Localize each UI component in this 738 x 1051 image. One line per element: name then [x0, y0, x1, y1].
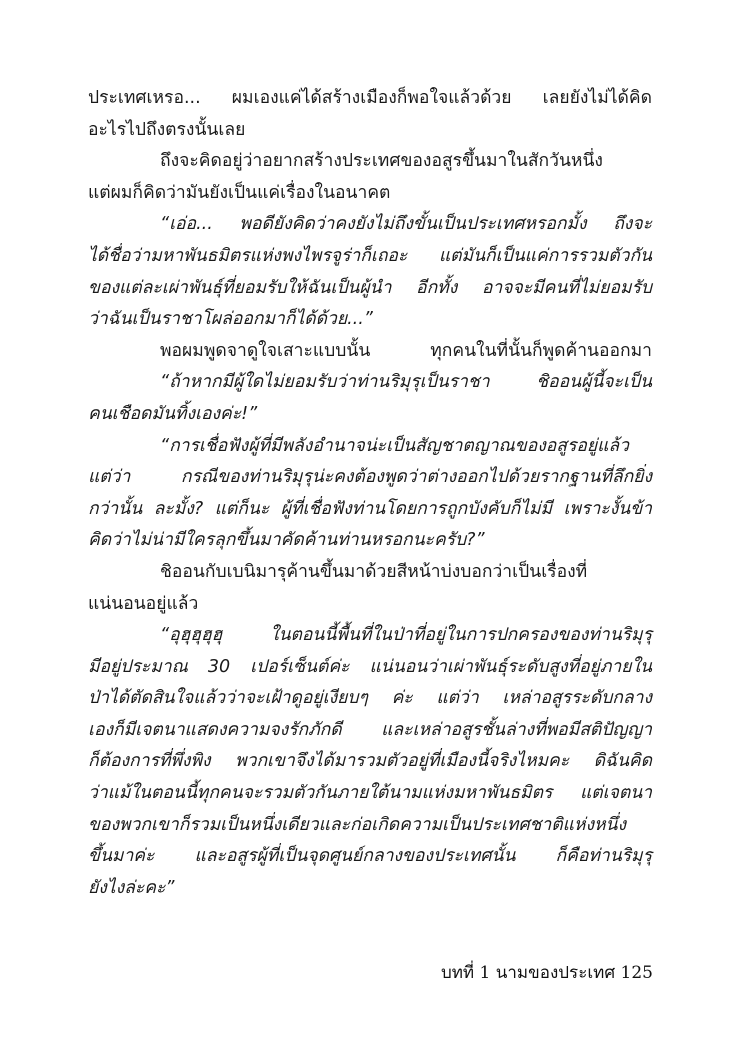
text-line: “ถ้าหากมีผู้ใดไม่ยอมรับว่าท่านริมุรุเป็น…: [88, 367, 652, 399]
book-page: ประเทศเหรอ... ผมเองแค่ได้สร้างเมืองก็พอใ…: [0, 0, 738, 1051]
text-line: ว่าแม้ในตอนนี้ทุกคนจะรวมตัวกันภายใต้นามแ…: [88, 778, 652, 810]
text-line: แต่ว่า กรณีของท่านริมุรุน่ะคงต้องพูดว่าต…: [88, 462, 652, 494]
text-line: เองก็มีเจตนาแสดงความจงรักภักดี และเหล่าอ…: [88, 715, 652, 747]
text-line: ประเทศเหรอ... ผมเองแค่ได้สร้างเมืองก็พอใ…: [88, 83, 652, 115]
text-line: “อุฮุฮุฮุฮุ ในตอนนี้พื้นที่ในป่าที่อยู่ใ…: [88, 620, 652, 652]
chapter-title: บทที่ 1 นามของประเทศ: [441, 963, 615, 983]
text-line: แต่ผมก็คิดว่ามันยังเป็นแค่เรื่องในอนาคต: [88, 178, 652, 210]
text-line: คนเชือดมันทิ้งเองค่ะ!”: [88, 399, 652, 431]
text-line: พอผมพูดจาดูใจเสาะแบบนั้น ทุกคนในที่นั้นก…: [88, 336, 652, 368]
page-number: 125: [621, 963, 653, 983]
text-line: ก็ต้องการที่พึ่งพิง พวกเขาจึงได้มารวมตัว…: [88, 746, 652, 778]
text-line: ชิออนกับเบนิมารุค้านขึ้นมาด้วยสีหน้าบ่งบ…: [88, 557, 652, 589]
text-line: ของพวกเขาก็รวมเป็นหนึ่งเดียวและก่อเกิดคว…: [88, 810, 652, 842]
text-line: กว่านั้น ละมั้ง? แต่ก็นะ ผู้ที่เชื่อฟังท…: [88, 494, 652, 526]
text-line: ของแต่ละเผ่าพันธุ์ที่ยอมรับให้ฉันเป็นผู้…: [88, 273, 652, 305]
page-footer: บทที่ 1 นามของประเทศ 125: [411, 959, 653, 986]
text-line: มีอยู่ประมาณ 30 เปอร์เซ็นต์ค่ะ แน่นอนว่า…: [88, 652, 652, 684]
text-line: คิดว่าไม่น่ามีใครลุกขึ้นมาคัดค้านท่านหรอ…: [88, 525, 652, 557]
text-line: ขึ้นมาค่ะ และอสูรผู้ที่เป็นจุดศูนย์กลางข…: [88, 841, 652, 873]
text-line: ป่าได้ตัดสินใจแล้วว่าจะเฝ้าดูอยู่เงียบๆ …: [88, 683, 652, 715]
text-line: “เอ่อ... พอดียังคิดว่าคงยังไม่ถึงขั้นเป็…: [88, 209, 652, 241]
body-text: ประเทศเหรอ... ผมเองแค่ได้สร้างเมืองก็พอใ…: [88, 83, 652, 904]
text-line: ถึงจะคิดอยู่ว่าอยากสร้างประเทศของอสูรขึ้…: [88, 146, 652, 178]
text-line: อะไรไปถึงตรงนั้นเลย: [88, 115, 652, 147]
text-line: ว่าฉันเป็นราชาโผล่ออกมาก็ได้ด้วย...”: [88, 304, 652, 336]
text-line: ได้ชื่อว่ามหาพันธมิตรแห่งพงไพรจูร่าก็เถอ…: [88, 241, 652, 273]
text-line: แน่นอนอยู่แล้ว: [88, 589, 652, 621]
text-line: ยังไงล่ะคะ”: [88, 873, 652, 905]
text-line: “การเชื่อฟังผู้ที่มีพลังอำนาจน่ะเป็นสัญช…: [88, 431, 652, 463]
